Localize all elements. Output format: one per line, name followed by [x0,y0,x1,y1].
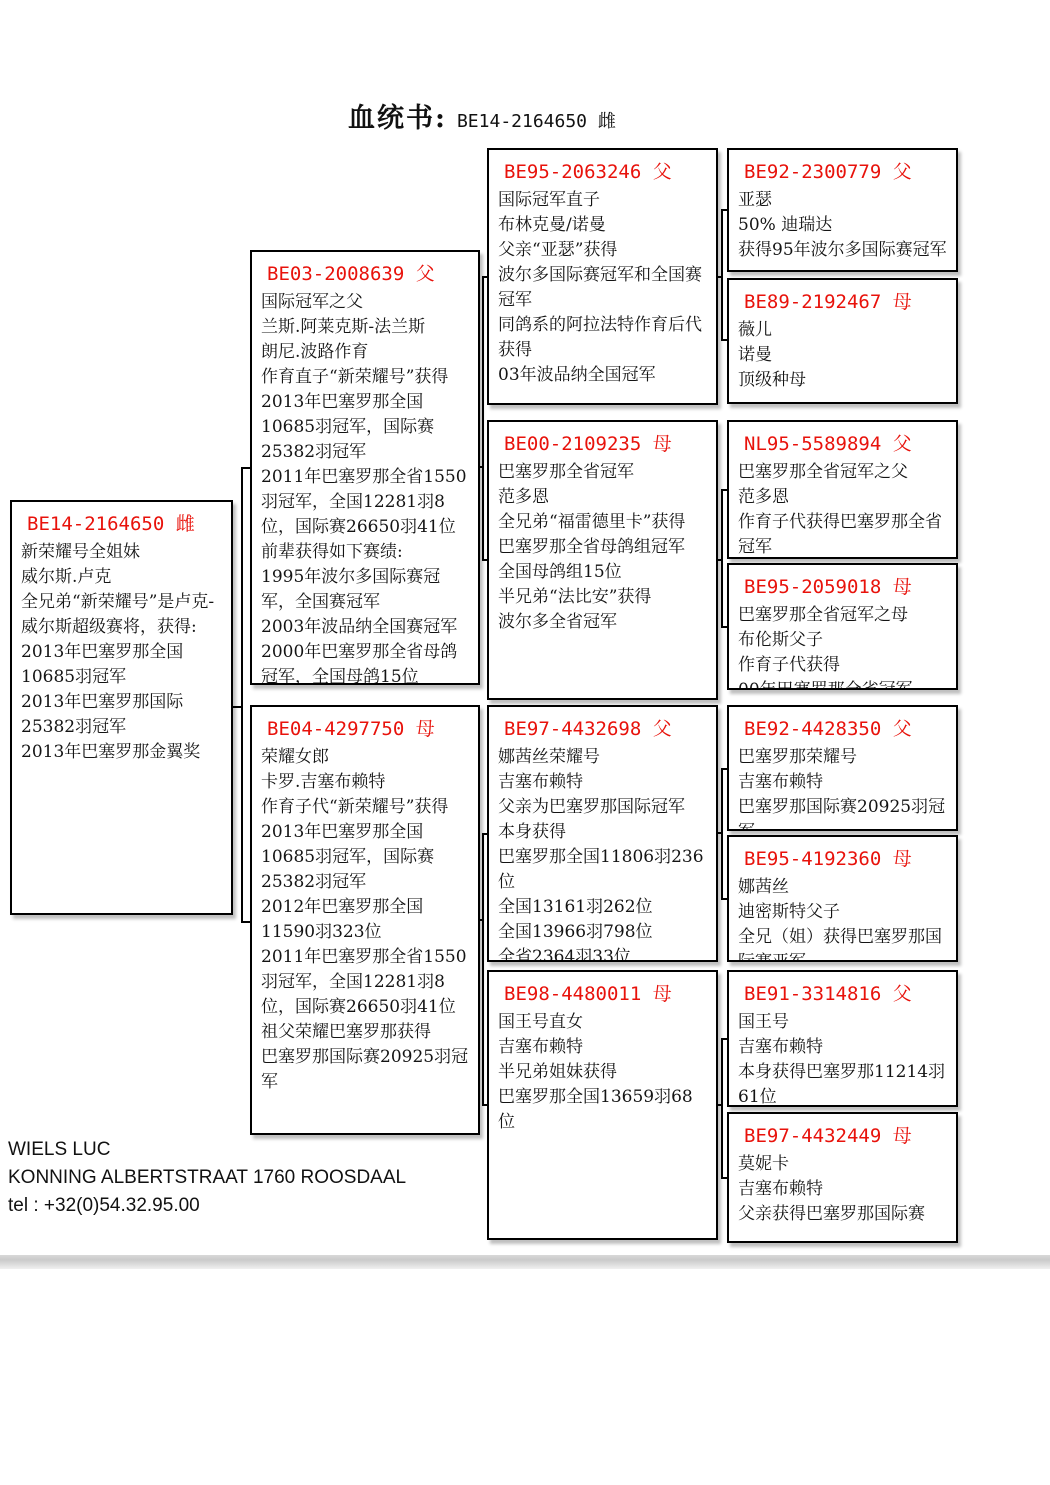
connector-line [721,1177,727,1179]
pedigree-notes: 国际冠军之父 兰斯.阿莱克斯-法兰斯 朗尼.波路作育 作育直子“新荣耀号”获得 … [261,290,469,685]
pedigree-box-subject: BE14-2164650 雌 新荣耀号全姐妹 威尔斯.卢克 全兄弟“新荣耀号”是… [10,500,233,915]
ring-number: BE97-4432698 父 [498,714,707,741]
connector-line [241,467,250,469]
pedigree-notes: 荣耀女郎 卡罗.吉塞布赖特 作育子代“新荣耀号”获得 2013年巴塞罗那全国10… [261,745,469,1095]
ring-number: NL95-5589894 父 [738,429,947,456]
pedigree-box-dam-sire-dam: BE95-4192360 母 娜茜丝 迪密斯特父子 全兄（姐）获得巴塞罗那国际赛… [727,835,958,962]
ring-number: BE92-2300779 父 [738,157,947,184]
connector-line [241,467,243,923]
connector-line [482,276,484,561]
pedigree-notes: 国际冠军直子 布林克曼/诺曼 父亲“亚瑟”获得 波尔多国际赛冠军和全国赛冠军 同… [498,188,707,388]
ring-number: BE89-2192467 母 [738,287,947,314]
ring-number: BE95-2063246 父 [498,157,707,184]
pedigree-box-dam-sire: BE97-4432698 父 娜茜丝荣耀号 吉塞布赖特 父亲为巴塞罗那国际冠军 … [487,705,718,962]
ring-number: BE92-4428350 父 [738,714,947,741]
pedigree-notes: 娜茜丝 迪密斯特父子 全兄（姐）获得巴塞罗那国际赛亚军 [738,875,947,962]
connector-line [721,209,723,341]
pedigree-notes: 国王号 吉塞布赖特 本身获得巴塞罗那11214羽61位 [738,1010,947,1107]
pedigree-box-sire-sire: BE95-2063246 父 国际冠军直子 布林克曼/诺曼 父亲“亚瑟”获得 波… [487,148,718,405]
connector-line [721,209,727,211]
pedigree-certificate-page: 血统书: BE14-2164650 雌 BE14-2164650 雌 新荣耀号全… [0,0,1050,1485]
pedigree-notes: 巴塞罗那全省冠军之父 范多恩 作育子代获得巴塞罗那全省冠军 [738,460,947,559]
connector-line [721,768,727,770]
connector-line [482,833,484,1106]
ring-number: BE97-4432449 母 [738,1121,947,1148]
pedigree-box-dam-sire-sire: BE92-4428350 父 巴塞罗那荣耀号 吉塞布赖特 巴塞罗那国际赛2092… [727,705,958,831]
connector-line [721,1038,723,1179]
pedigree-box-sire-dam-sire: NL95-5589894 父 巴塞罗那全省冠军之父 范多恩 作育子代获得巴塞罗那… [727,420,958,559]
connector-line [721,489,727,491]
ring-number: BE91-3314816 父 [738,979,947,1006]
connector-line [721,339,727,341]
pedigree-notes: 娜茜丝荣耀号 吉塞布赖特 父亲为巴塞罗那国际冠军 本身获得 巴塞罗那全国1180… [498,745,707,962]
breeder-contact: WIELS LUC KONNING ALBERTSTRAAT 1760 ROOS… [8,1136,406,1220]
connector-line [482,559,487,561]
connector-line [721,768,723,900]
connector-line [482,833,487,835]
pedigree-box-sire-sire-dam: BE89-2192467 母 薇儿 诺曼 顶级种母 [727,278,958,404]
breeder-name: WIELS LUC [8,1136,406,1164]
ring-number: BE14-2164650 雌 [21,509,222,536]
ring-number: BE95-4192360 母 [738,844,947,871]
pedigree-box-sire: BE03-2008639 父 国际冠军之父 兰斯.阿莱克斯-法兰斯 朗尼.波路作… [250,250,480,685]
pedigree-notes: 薇儿 诺曼 顶级种母 [738,318,947,393]
pedigree-box-sire-dam-dam: BE95-2059018 母 巴塞罗那全省冠军之母 布伦斯父子 作育子代获得 0… [727,563,958,690]
pedigree-box-dam: BE04-4297750 母 荣耀女郎 卡罗.吉塞布赖特 作育子代“新荣耀号”获… [250,705,480,1135]
connector-line [721,898,727,900]
ring-number: BE04-4297750 母 [261,714,469,741]
connector-line [482,276,487,278]
connector-line [721,489,723,628]
pedigree-notes: 巴塞罗那全省冠军之母 布伦斯父子 作育子代获得 00年巴塞罗那全省冠军 [738,603,947,690]
pedigree-box-dam-dam-dam: BE97-4432449 母 莫妮卡 吉塞布赖特 父亲获得巴塞罗那国际赛 [727,1112,958,1243]
title-ring-number: BE14-2164650 雌 [457,107,616,133]
ring-number: BE00-2109235 母 [498,429,707,456]
pedigree-box-sire-sire-sire: BE92-2300779 父 亚瑟 50% 迪瑞达 获得95年波尔多国际赛冠军 [727,148,958,272]
connector-line [482,1104,487,1106]
ring-number: BE03-2008639 父 [261,259,469,286]
title-label: 血统书: [348,96,447,135]
connector-line [721,626,727,628]
pedigree-box-sire-dam: BE00-2109235 母 巴塞罗那全省冠军 范多恩 全兄弟“福雷德里卡”获得… [487,420,718,700]
pedigree-notes: 莫妮卡 吉塞布赖特 父亲获得巴塞罗那国际赛 [738,1152,947,1227]
pedigree-notes: 亚瑟 50% 迪瑞达 获得95年波尔多国际赛冠军 [738,188,947,263]
pedigree-box-dam-dam: BE98-4480011 母 国王号直女 吉塞布赖特 半兄弟姐妹获得 巴塞罗那全… [487,970,718,1240]
breeder-phone: tel : +32(0)54.32.95.00 [8,1192,406,1220]
pedigree-notes: 巴塞罗那全省冠军 范多恩 全兄弟“福雷德里卡”获得 巴塞罗那全省母鸽组冠军 全国… [498,460,707,635]
ring-number: BE98-4480011 母 [498,979,707,1006]
ring-number: BE95-2059018 母 [738,572,947,599]
page-bottom-shadow [0,1255,1050,1269]
breeder-address: KONNING ALBERTSTRAAT 1760 ROOSDAAL [8,1164,406,1192]
pedigree-notes: 新荣耀号全姐妹 威尔斯.卢克 全兄弟“新荣耀号”是卢克-威尔斯超级赛将，获得: … [21,540,222,765]
pedigree-notes: 巴塞罗那荣耀号 吉塞布赖特 巴塞罗那国际赛20925羽冠军 [738,745,947,831]
pedigree-notes: 国王号直女 吉塞布赖特 半兄弟姐妹获得 巴塞罗那全国13659羽68位 [498,1010,707,1135]
pedigree-box-dam-dam-sire: BE91-3314816 父 国王号 吉塞布赖特 本身获得巴塞罗那11214羽6… [727,970,958,1107]
connector-line [721,1038,727,1040]
connector-line [241,921,250,923]
page-title: 血统书: BE14-2164650 雌 [348,96,616,135]
